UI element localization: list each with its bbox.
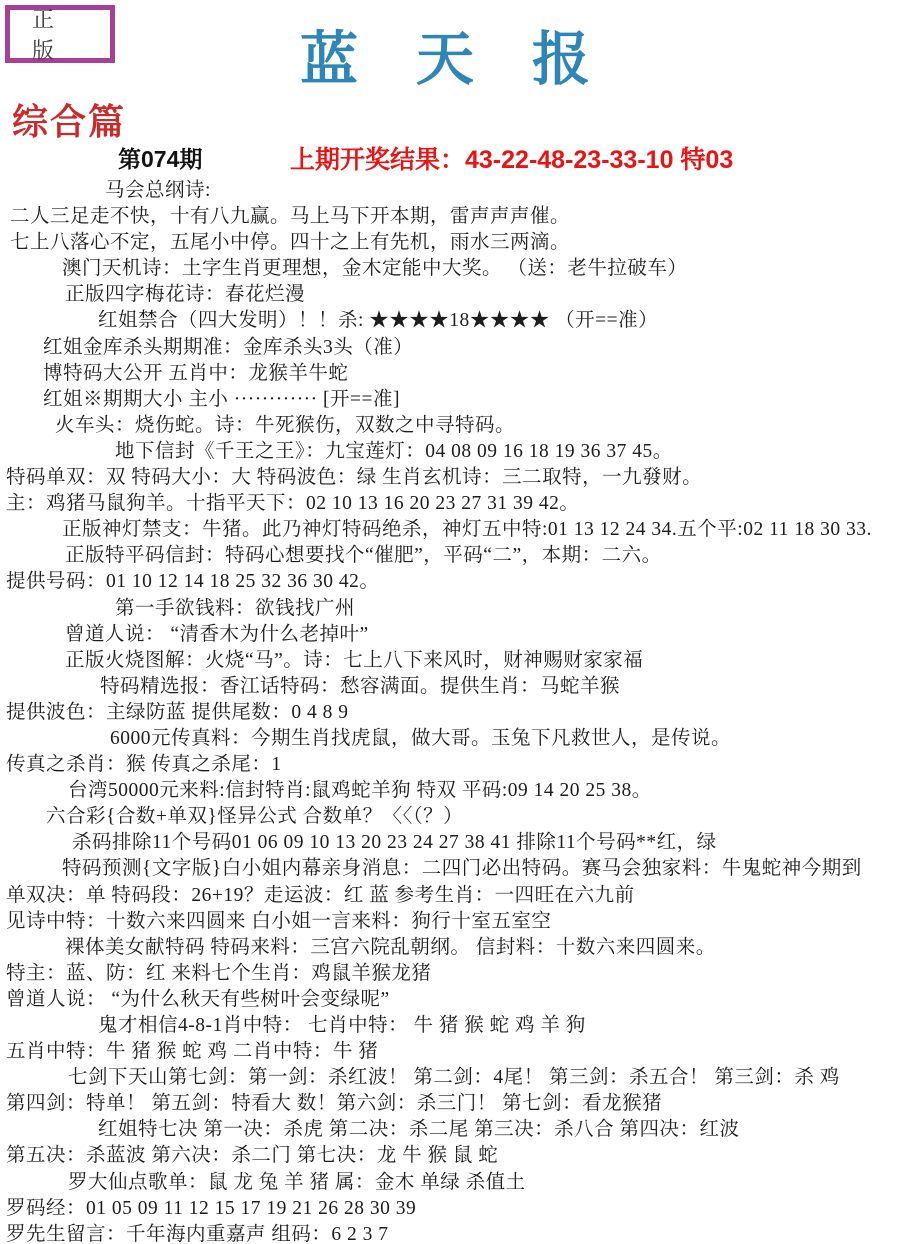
- text-line: 罗码经：01 05 09 11 12 15 17 19 21 26 28 30 …: [0, 1196, 900, 1222]
- text-line: 正版神灯禁支：牛猪。此乃神灯特码绝杀，神灯五中特:01 13 12 24 34.…: [0, 517, 900, 543]
- text-line: 鬼才相信4-8-1肖中特： 七肖中特： 牛 猪 猴 蛇 鸡 羊 狗: [0, 1013, 900, 1039]
- text-line: 第四剑：特单！ 第五剑：特看大 数！第六剑：杀三门！ 第七剑：看龙猴猪: [0, 1091, 900, 1117]
- text-line: 七剑下天山第七剑：第一剑：杀红波！ 第二剑：4尾！ 第三剑：杀五合！ 第三剑：杀…: [0, 1065, 900, 1091]
- text-line: 单双决：单 特码段：26+19？走运波：红 蓝 参考生肖：一四旺在六九前: [0, 883, 900, 909]
- authentic-edition-box: 正 版: [5, 5, 115, 63]
- text-line: 正版四字梅花诗：春花烂漫: [0, 282, 900, 308]
- text-line: 特码预测{文字版}白小姐内幕亲身消息：二四门必出特码。赛马会独家料：牛鬼蛇神今期…: [0, 856, 900, 882]
- text-line: 特码单双：双 特码大小：大 特码波色：绿 生肖玄机诗：三二取特，一九發财。: [0, 465, 900, 491]
- text-line: 罗先生留言：千年海内重嘉声 组码：6 2 3 7: [0, 1222, 900, 1244]
- text-line: 火车头：烧伤蛇。诗：牛死猴伤，双数之中寻特码。: [0, 413, 900, 439]
- text-line: 杀码排除11个号码01 06 09 10 13 20 23 24 27 38 4…: [0, 830, 900, 856]
- text-line: 传真之杀肖：猴 传真之杀尾：1: [0, 752, 900, 778]
- paper-title: 蓝天报: [300, 12, 648, 96]
- body-lines: 马会总纲诗:二人三足走不快，十有八九赢。马上马下开本期，雷声声声催。七上八落心不…: [0, 178, 900, 1244]
- text-line: 罗大仙点歌单：鼠 龙 兔 羊 猪 属：金木 单绿 杀值土: [0, 1170, 900, 1196]
- text-line: 红姐特七决 第一决：杀虎 第二决：杀二尾 第三决：杀八合 第四决：红波: [0, 1117, 900, 1143]
- text-line: 七上八落心不定，五尾小中停。四十之上有先机，雨水三两滴。: [0, 230, 900, 256]
- text-line: 澳门天机诗：土字生肖更理想，金木定能中大奖。 （送：老牛拉破车）: [0, 256, 900, 282]
- text-line: 主：鸡猪马鼠狗羊。十指平天下：02 10 13 16 20 23 27 31 3…: [0, 491, 900, 517]
- text-line: 曾道人说： “清香木为什么老掉叶”: [0, 622, 900, 648]
- text-line: 五肖中特：牛 猪 猴 蛇 鸡 二肖中特：牛 猪: [0, 1039, 900, 1065]
- last-draw-result: 上期开奖结果：43-22-48-23-33-10 特03: [290, 140, 733, 176]
- text-line: 裸体美女献特码 特码来料：三宫六院乱朝纲。 信封料：十数六来四圆来。: [0, 935, 900, 961]
- text-line: 第一手欲钱料：欲钱找广州: [0, 596, 900, 622]
- text-line: 地下信封《千王之王》：九宝莲灯：04 08 09 16 18 19 36 37 …: [0, 439, 900, 465]
- text-line: 见诗中特：十数六来四圆来 白小姐一言来料：狗行十室五室空: [0, 909, 900, 935]
- text-line: 红姐金库杀头期期准：金库杀头3头（准）: [0, 335, 900, 361]
- text-line: 特主：蓝、防：红 来料七个生肖：鸡鼠羊猴龙猪: [0, 961, 900, 987]
- issue-number: 第074期: [118, 141, 202, 174]
- text-line: 正版特平码信封：特码心想要找个“催肥”，平码“二”，本期：二六。: [0, 543, 900, 569]
- text-line: 红姐※期期大小 主小 ············ [开==准]: [0, 387, 900, 413]
- text-line: 马会总纲诗:: [0, 178, 900, 204]
- text-line: 曾道人说： “为什么秋天有些树叶会变绿呢”: [0, 987, 900, 1013]
- text-line: 红姐禁合（四大发明）！！杀: ★★★★18★★★★ （开==准）: [0, 308, 900, 334]
- section-title: 综合篇: [12, 94, 126, 145]
- text-line: 6000元传真料：今期生肖找虎鼠，做大哥。玉兔下凡救世人，是传说。: [0, 726, 900, 752]
- text-line: 博特码大公开 五肖中：龙猴羊牛蛇: [0, 361, 900, 387]
- text-line: 第五决：杀蓝波 第六决：杀二门 第七决：龙 牛 猴 鼠 蛇: [0, 1143, 900, 1169]
- text-line: 二人三足走不快，十有八九赢。马上马下开本期，雷声声声催。: [0, 204, 900, 230]
- text-line: 台湾50000元来料:信封特肖:鼠鸡蛇羊狗 特双 平码:09 14 20 25 …: [0, 778, 900, 804]
- text-line: 提供波色：主绿防蓝 提供尾数：0 4 8 9: [0, 700, 900, 726]
- text-line: 六合彩{合数+单双}怪异公式 合数单？〈〈（？）: [0, 804, 900, 830]
- authentic-edition-label: 正 版: [10, 3, 110, 65]
- text-line: 正版火烧图解：火烧“马”。诗：七上八下来风时，财神赐财家家福: [0, 648, 900, 674]
- text-line: 提供号码：01 10 12 14 18 25 32 36 30 42。: [0, 569, 900, 595]
- text-line: 特码精选报：香江话特码：愁容满面。提供生肖：马蛇羊猴: [0, 674, 900, 700]
